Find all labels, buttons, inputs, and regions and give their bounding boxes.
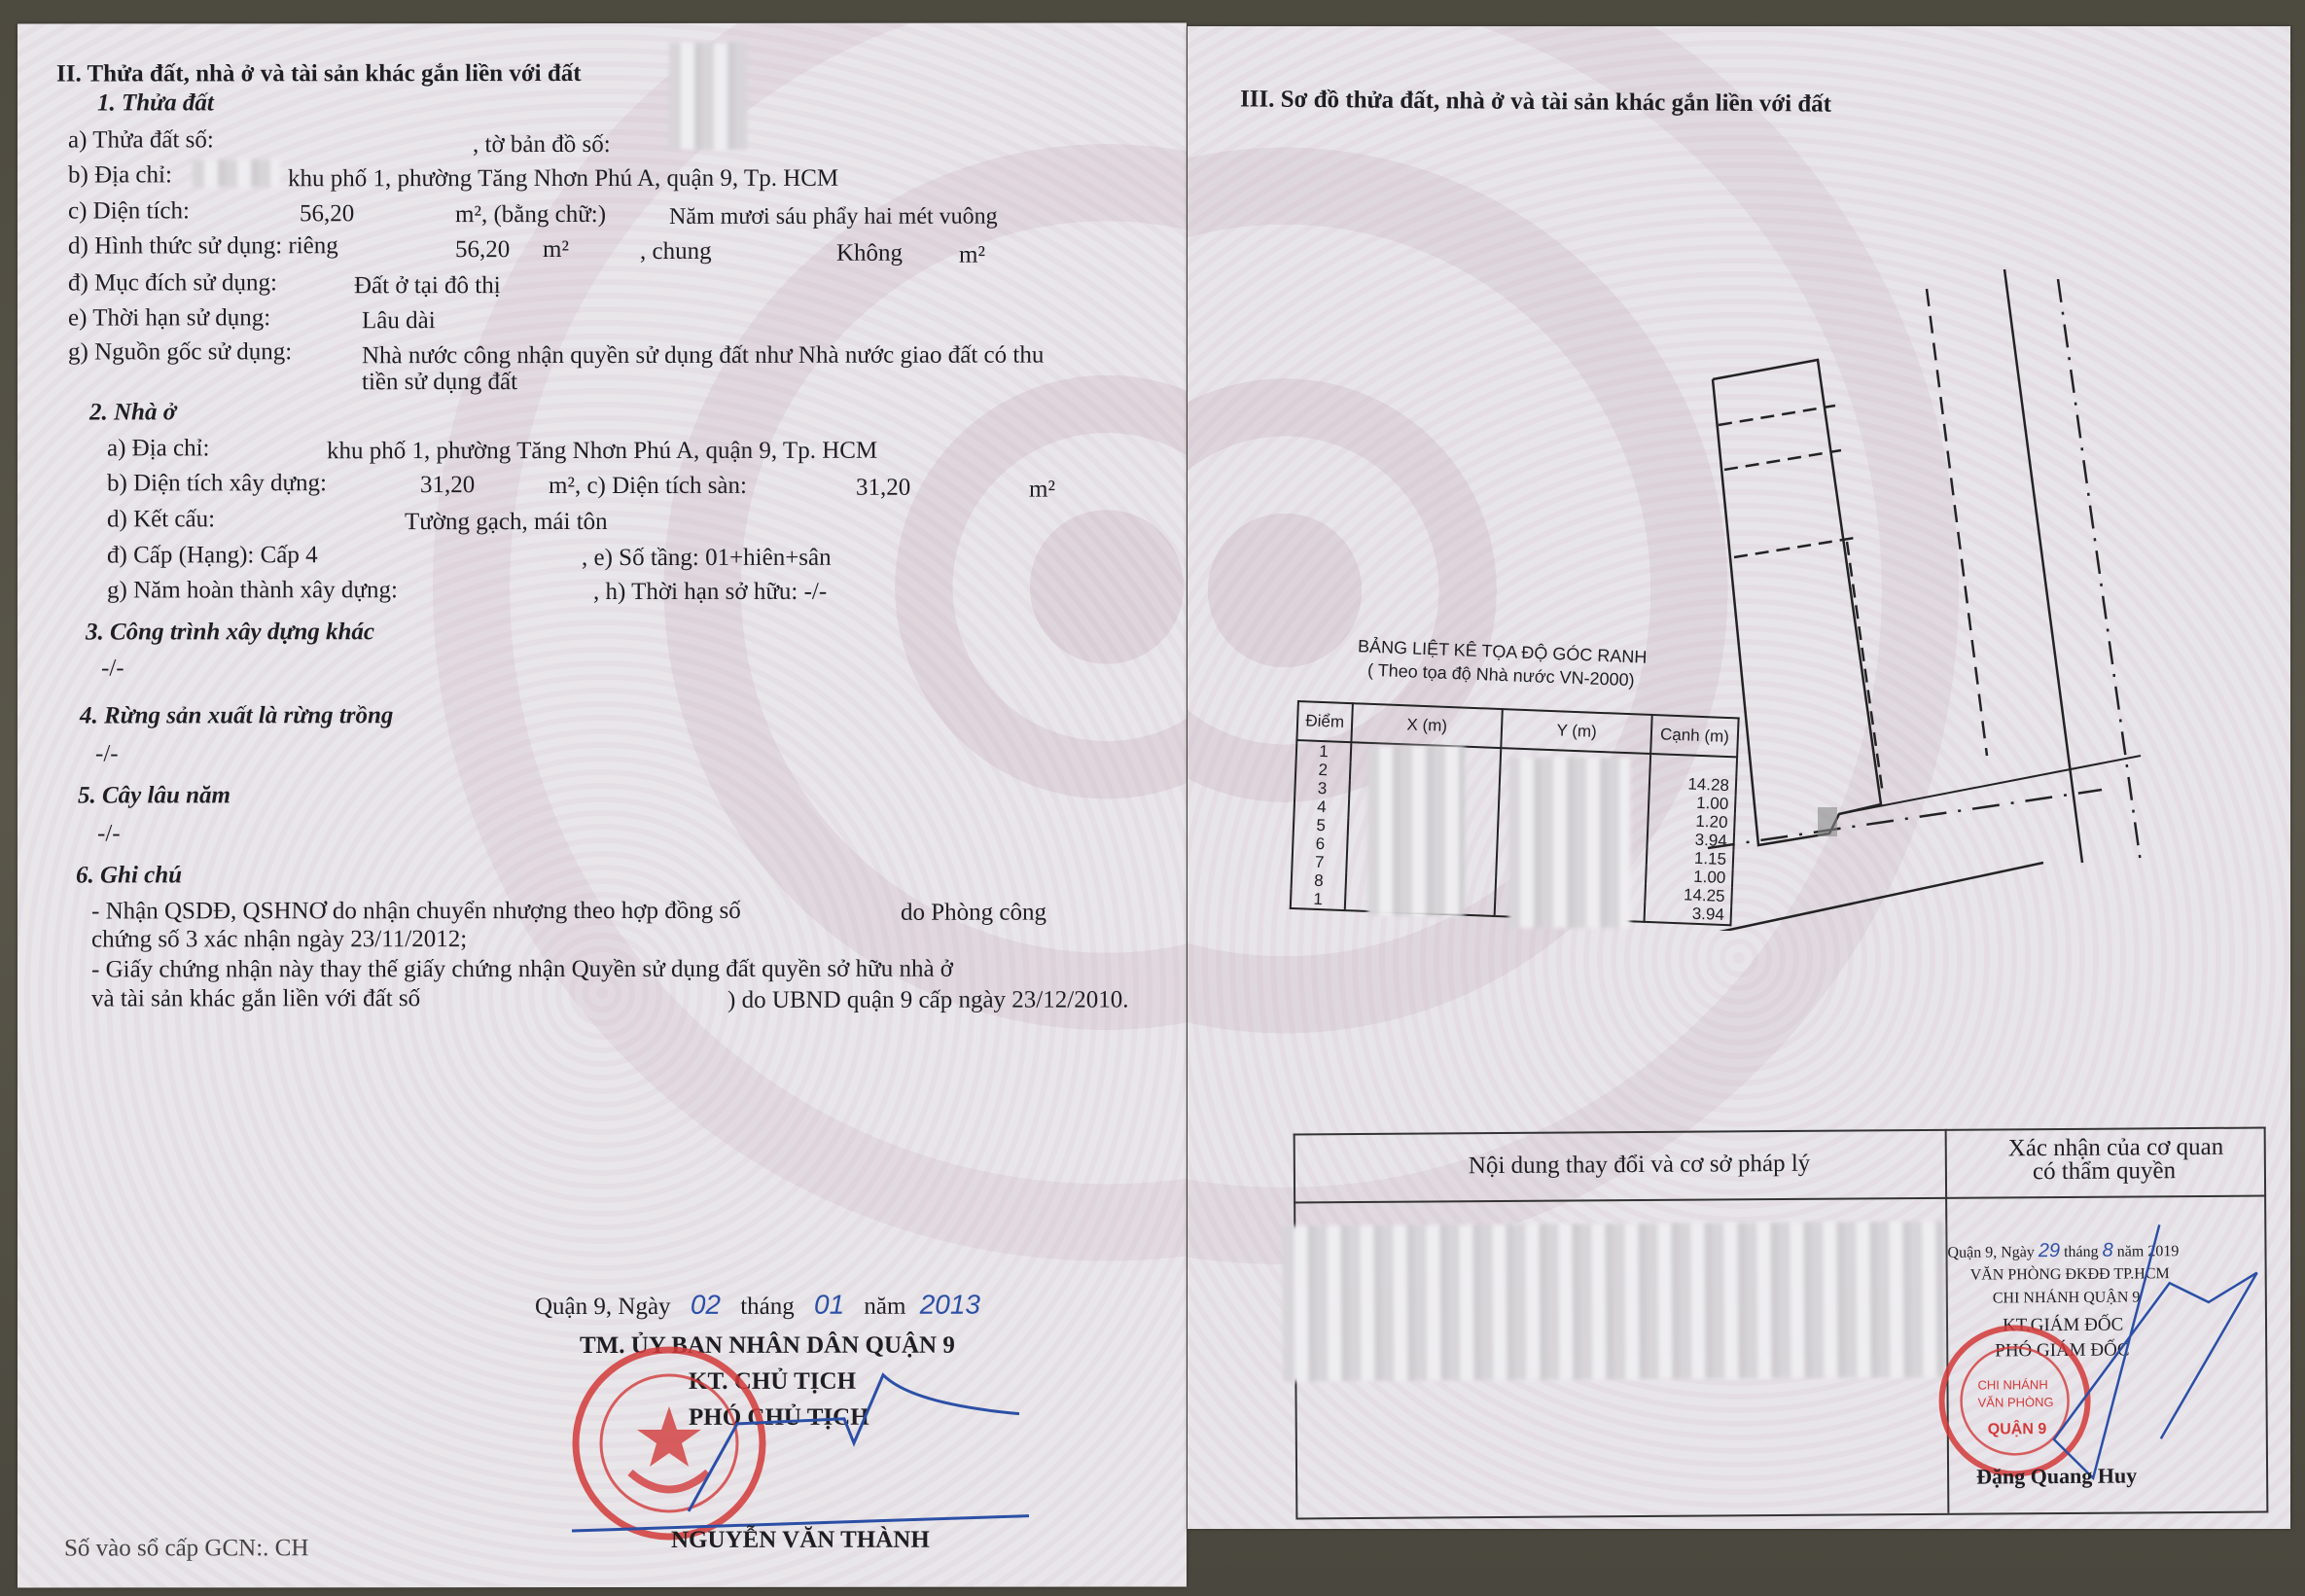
grade-label: đ) Cấp (Hạng): Cấp 4 [107, 543, 318, 567]
col-x: X (m) [1352, 703, 1503, 748]
point-id: 1 [1296, 740, 1352, 762]
note-line-1: - Nhận QSDĐ, QSHNƠ do nhận chuyển nhượng… [91, 899, 741, 924]
land-address-value: khu phố 1, phường Tăng Nhơn Phú A, quận … [288, 166, 838, 191]
issue-year: 2013 [920, 1290, 980, 1320]
term-value: Lâu dài [362, 308, 436, 333]
area-words: Năm mươi sáu phẩy hai mét vuông [669, 205, 998, 229]
header-confirm-line2: có thẩm quyền [2033, 1158, 2176, 1184]
area-value: 56,20 [300, 201, 354, 226]
year-label: năm [864, 1294, 905, 1320]
point-id: 3 [1294, 778, 1350, 798]
date-prefix: Quận 9, Ngày [535, 1294, 671, 1320]
svg-text:VĂN PHÒNG: VĂN PHÒNG [1978, 1395, 2054, 1410]
registry-number-label: Số vào sổ cấp GCN:. CH [64, 1536, 308, 1560]
land-address-label: b) Địa chỉ: [68, 162, 172, 187]
issue-date: Quận 9, Ngày 02 tháng 01 năm 2013 [535, 1292, 980, 1319]
section-iii-title: III. Sơ đồ thửa đất, nhà ở và tài sản kh… [1240, 86, 1831, 118]
perennial-heading: 5. Cây lâu năm [78, 782, 230, 809]
issue-month: 01 [814, 1290, 844, 1320]
note-line-1-end: do Phòng công [901, 901, 1046, 925]
point-id: 6 [1293, 833, 1348, 854]
usage-form-label: d) Hình thức sử dụng: riêng [68, 233, 338, 258]
structure-value: Tường gạch, mái tôn [405, 510, 608, 534]
build-area-label: b) Diện tích xây dựng: [107, 471, 327, 495]
redacted-change-content [1282, 1222, 1944, 1382]
perennial-value: -/- [97, 821, 121, 845]
unit: m² [1029, 478, 1055, 502]
term-label: e) Thời hạn sử dụng: [68, 305, 270, 330]
unit: m² [959, 243, 985, 267]
note-line-4-end: ) do UBND quận 9 cấp ngày 23/12/2010. [727, 988, 1128, 1012]
redacted-y-coords [1508, 758, 1630, 928]
other-works-heading: 3. Công trình xây dựng khác [86, 619, 374, 646]
forest-heading: 4. Rừng sản xuất là rừng trồng [80, 702, 393, 729]
changes-table: Nội dung thay đổi và cơ sở pháp lý Xác n… [1294, 1127, 2269, 1518]
origin-label: g) Nguồn gốc sử dụng: [68, 339, 292, 364]
usage-private-value: 56,20 [455, 237, 510, 262]
point-id: 4 [1294, 797, 1349, 817]
floor-area-label: m², c) Diện tích sàn: [549, 474, 747, 498]
svg-text:CHI NHÁNH: CHI NHÁNH [1977, 1377, 2047, 1393]
usage-shared-value: Không [836, 241, 903, 266]
land-heading: 1. Thửa đất [97, 89, 214, 117]
header-change-content: Nội dung thay đổi và cơ sở pháp lý [1469, 1152, 1811, 1178]
header-confirm-line1: Xác nhận của cơ quan [2008, 1135, 2224, 1161]
notes-heading: 6. Ghi chú [76, 862, 182, 889]
redacted-house-number [193, 160, 280, 187]
forest-value: -/- [95, 741, 119, 765]
floor-area-value: 31,20 [856, 476, 910, 500]
right-page: III. Sơ đồ thửa đất, nhà ở và tài sản kh… [1188, 26, 2290, 1529]
month-label: tháng [740, 1294, 795, 1320]
other-works-value: -/- [101, 656, 124, 680]
point-id: 1 [1291, 889, 1346, 910]
year-label: g) Năm hoàn thành xây dựng: [107, 578, 398, 602]
house-heading: 2. Nhà ở [89, 399, 176, 426]
build-area-value: 31,20 [420, 473, 475, 497]
house-address-label: a) Địa chỉ: [107, 436, 210, 460]
confirm-signer-name: Đặng Quang Huy [1976, 1463, 2137, 1489]
point-id: 5 [1294, 815, 1349, 835]
floors-label: , e) Số tầng: 01+hiên+sân [582, 546, 832, 570]
point-id: 8 [1292, 870, 1347, 891]
issue-day: 02 [691, 1290, 721, 1320]
branch-stamp-and-signature: CHI NHÁNH VĂN PHÒNG QUẬN 9 [1916, 1186, 2268, 1500]
origin-value-line2: tiền sử dụng đất [362, 370, 517, 394]
area-unit: m², (bằng chữ:) [455, 202, 606, 227]
edge-length: 3.94 [1645, 903, 1732, 925]
house-address-value: khu phố 1, phường Tăng Nhơn Phú A, quận … [327, 439, 877, 463]
redacted-x-coords [1367, 746, 1465, 916]
left-page: II. Thửa đất, nhà ở và tài sản khác gắn … [18, 22, 1187, 1587]
purpose-value: Đất ở tại đô thị [354, 273, 501, 298]
redacted-block [669, 43, 747, 150]
purpose-label: đ) Mục đích sử dụng: [68, 270, 277, 295]
unit: m² [543, 237, 569, 262]
point-id: 2 [1295, 760, 1351, 780]
note-line-2: chứng số 3 xác nhận ngày 23/11/2012; [91, 927, 467, 951]
signer-name: NGUYỄN VĂN THÀNH [671, 1527, 930, 1554]
col-point: Điểm [1296, 701, 1353, 742]
note-line-4: và tài sản khác gắn liền với đất số [91, 986, 420, 1011]
note-line-3: - Giấy chứng nhận này thay thế giấy chứn… [91, 957, 953, 982]
map-sheet-label: , tờ bản đồ số: [473, 132, 611, 157]
svg-text:QUẬN 9: QUẬN 9 [1988, 1419, 2047, 1437]
usage-shared-label: , chung [640, 239, 712, 264]
ownership-term-label: , h) Thời hạn sở hữu: -/- [593, 580, 827, 604]
parcel-label: a) Thửa đất số: [68, 127, 214, 152]
structure-label: d) Kết cấu: [107, 507, 215, 531]
area-label: c) Diện tích: [68, 198, 190, 223]
section-ii-title: II. Thửa đất, nhà ở và tài sản khác gắn … [56, 60, 582, 88]
point-id: 7 [1292, 852, 1347, 872]
origin-value-line1: Nhà nước công nhận quyền sử dụng đất như… [362, 343, 1044, 369]
col-edge: Cạnh (m) [1650, 715, 1738, 757]
col-y: Y (m) [1501, 709, 1651, 754]
